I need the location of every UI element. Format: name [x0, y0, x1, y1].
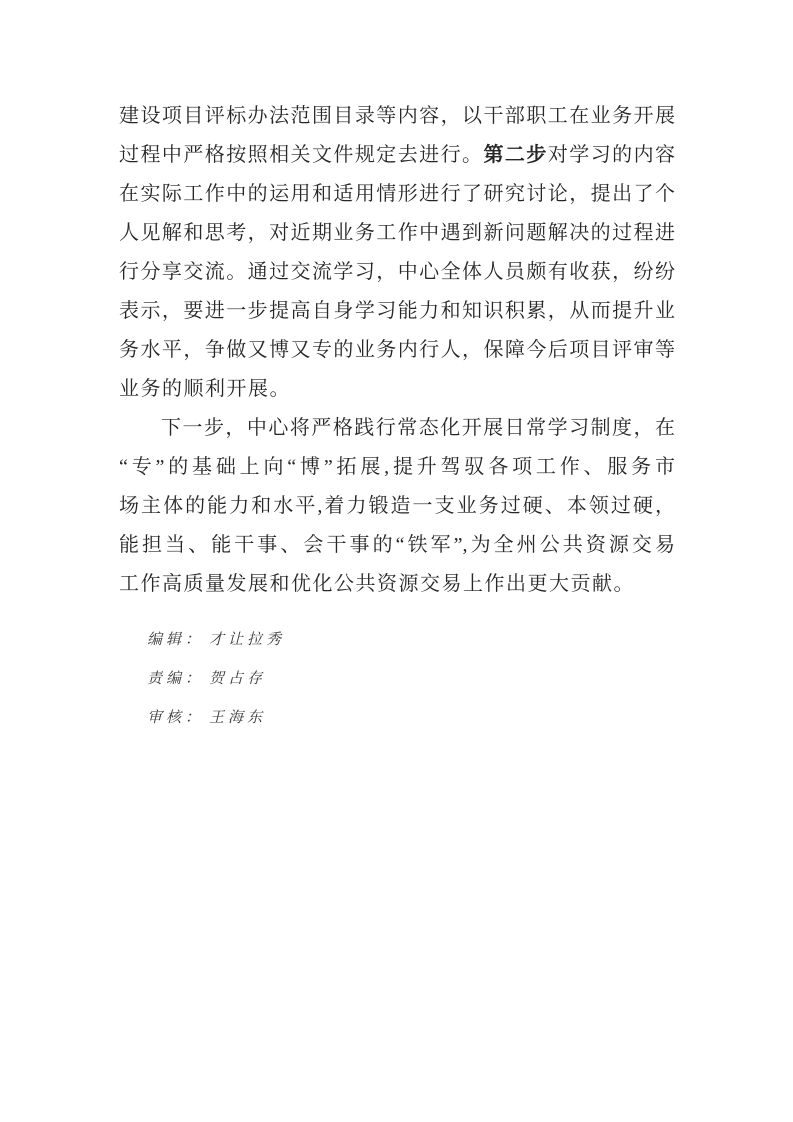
- paragraph1-line-3: 在实际工作中的运用和适用情形进行了研究讨论，提出了个: [119, 175, 675, 214]
- credit-label: 审核：: [147, 710, 204, 726]
- paragraph2-line-2: “专”的基础上向“博”拓展,提升驾驭各项工作、服务市: [119, 448, 675, 487]
- credit-name: 贺占存: [209, 671, 266, 687]
- credit-line-reviewer: 审核：王海东: [147, 699, 285, 738]
- text-run: 过程中严格按照相关文件规定去进行。: [119, 144, 483, 166]
- paragraph1-line-5: 行分享交流。通过交流学习，中心全体人员颇有收获，纷纷: [119, 253, 675, 292]
- credit-line-editor: 编辑：才让拉秀: [147, 621, 285, 660]
- credit-label: 编辑：: [147, 632, 204, 648]
- credit-name: 才让拉秀: [209, 632, 285, 648]
- paragraph2-line-4: 能担当、能干事、会干事的“铁军”,为全州公共资源交易: [119, 526, 675, 565]
- paragraph1-line-2: 过程中严格按照相关文件规定去进行。第二步对学习的内容: [119, 136, 675, 175]
- document-page: 建设项目评标办法范围目录等内容，以干部职工在业务开展 过程中严格按照相关文件规定…: [0, 0, 793, 1122]
- credit-name: 王海东: [209, 710, 266, 726]
- text-run: 对学习的内容: [548, 144, 675, 166]
- paragraph1-line-4: 人见解和思考，对近期业务工作中遇到新问题解决的过程进: [119, 214, 675, 253]
- paragraph2-line-5: 工作高质量发展和优化公共资源交易上作出更大贡献。: [119, 565, 675, 604]
- paragraph1-line-6: 表示，要进一步提高自身学习能力和知识积累，从而提升业: [119, 292, 675, 331]
- paragraph2-line-3: 场主体的能力和水平,着力锻造一支业务过硬、本领过硬，: [119, 487, 675, 526]
- paragraph1-line-7: 务水平，争做又博又专的业务内行人，保障今后项目评审等: [119, 331, 675, 370]
- paragraph1-line-1: 建设项目评标办法范围目录等内容，以干部职工在业务开展: [119, 97, 675, 136]
- bold-text-run: 第二步: [483, 144, 547, 166]
- credit-line-responsible-editor: 责编：贺占存: [147, 660, 285, 699]
- paragraph1-line-8: 业务的顺利开展。: [119, 370, 675, 409]
- credits-block: 编辑：才让拉秀 责编：贺占存 审核：王海东: [147, 621, 285, 738]
- body-text-block: 建设项目评标办法范围目录等内容，以干部职工在业务开展 过程中严格按照相关文件规定…: [119, 97, 675, 604]
- paragraph2-line-1: 下一步，中心将严格践行常态化开展日常学习制度，在: [119, 409, 675, 448]
- credit-label: 责编：: [147, 671, 204, 687]
